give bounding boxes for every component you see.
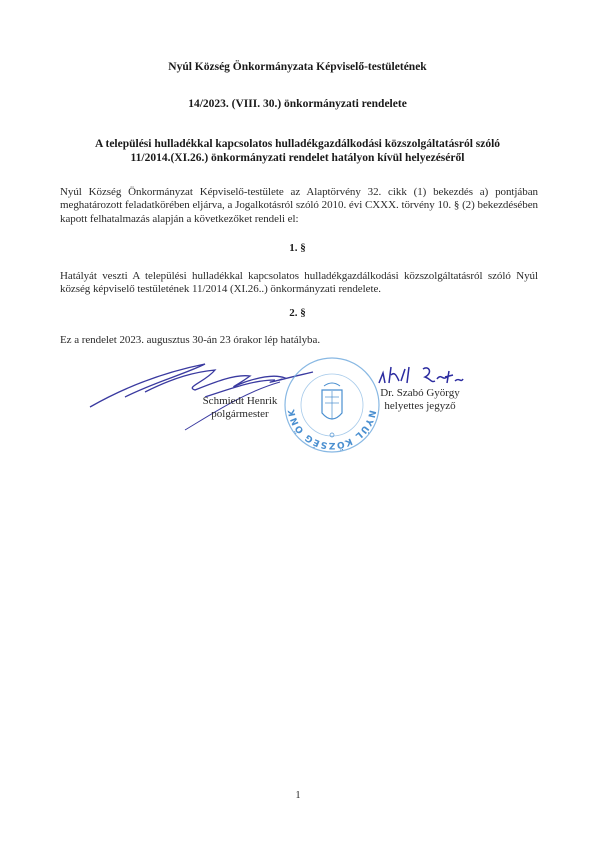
mayor-title: polgármester: [195, 408, 285, 421]
mayor-signatory: Schmiedt Henrik polgármester: [195, 395, 285, 421]
ordinance-number: 14/2023. (VIII. 30.) önkormányzati rende…: [0, 98, 595, 110]
notary-signature-icon: [375, 363, 465, 389]
section-2-text: Ez a rendelet 2023. augusztus 30-án 23 ó…: [60, 334, 538, 347]
ordinance-subject: A települési hulladékkal kapcsolatos hul…: [0, 138, 595, 165]
section-2-heading: 2. §: [0, 307, 595, 319]
mayor-name: Schmiedt Henrik: [195, 395, 285, 408]
notary-name: Dr. Szabó György: [370, 387, 470, 400]
section-1-text: Hatályát veszti A települési hulladékkal…: [60, 270, 538, 297]
official-stamp-icon: NYÚL KÖZSÉG ÖNKORMÁNYZATA: [282, 355, 382, 455]
document-page: Nyúl Község Önkormányzata Képviselő-test…: [0, 0, 595, 842]
subject-line-2: 11/2014.(XI.26.) önkormányzati rendelet …: [0, 152, 595, 166]
notary-signatory: Dr. Szabó György helyettes jegyző: [370, 387, 470, 413]
page-number: 1: [290, 790, 306, 801]
notary-title: helyettes jegyző: [370, 400, 470, 413]
header-title: Nyúl Község Önkormányzata Képviselő-test…: [0, 61, 595, 73]
preamble: Nyúl Község Önkormányzat Képviselő-testü…: [60, 186, 538, 226]
subject-line-1: A települési hulladékkal kapcsolatos hul…: [0, 138, 595, 152]
section-1-heading: 1. §: [0, 242, 595, 254]
